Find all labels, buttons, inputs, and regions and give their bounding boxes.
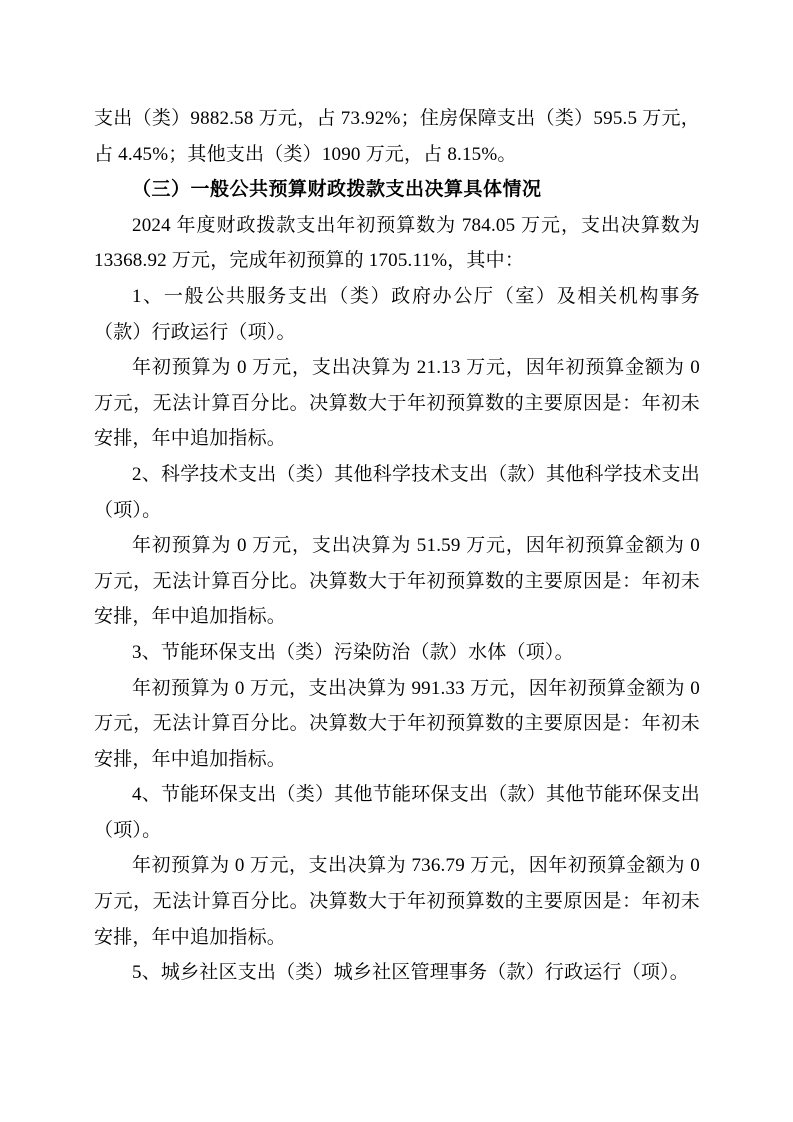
body-paragraph: 3、节能环保支出（类）污染防治（款）水体（项）。 — [94, 635, 700, 671]
body-paragraph: 支出（类）9882.58 万元，占 73.92%；住房保障支出（类）595.5 … — [94, 101, 700, 172]
body-paragraph: 4、节能环保支出（类）其他节能环保支出（款）其他节能环保支出（项）。 — [94, 777, 700, 848]
body-paragraph: 5、城乡社区支出（类）城乡社区管理事务（款）行政运行（项）。 — [94, 955, 700, 991]
body-paragraph: 1、一般公共服务支出（类）政府办公厅（室）及相关机构事务（款）行政运行（项）。 — [94, 279, 700, 350]
document-body: 支出（类）9882.58 万元，占 73.92%；住房保障支出（类）595.5 … — [94, 101, 700, 991]
body-paragraph: 年初预算为 0 万元，支出决算为 51.59 万元，因年初预算金额为 0 万元，… — [94, 528, 700, 635]
body-paragraph: 2024 年度财政拨款支出年初预算数为 784.05 万元，支出决算数为 133… — [94, 208, 700, 279]
body-paragraph: 年初预算为 0 万元，支出决算为 736.79 万元，因年初预算金额为 0 万元… — [94, 848, 700, 955]
body-paragraph: 2、科学技术支出（类）其他科学技术支出（款）其他科学技术支出（项）。 — [94, 457, 700, 528]
document-page: 支出（类）9882.58 万元，占 73.92%；住房保障支出（类）595.5 … — [0, 0, 793, 1122]
body-paragraph: 年初预算为 0 万元，支出决算为 991.33 万元，因年初预算金额为 0 万元… — [94, 671, 700, 778]
section-heading: （三）一般公共预算财政拨款支出决算具体情况 — [94, 172, 700, 208]
body-paragraph: 年初预算为 0 万元，支出决算为 21.13 万元，因年初预算金额为 0 万元，… — [94, 350, 700, 457]
